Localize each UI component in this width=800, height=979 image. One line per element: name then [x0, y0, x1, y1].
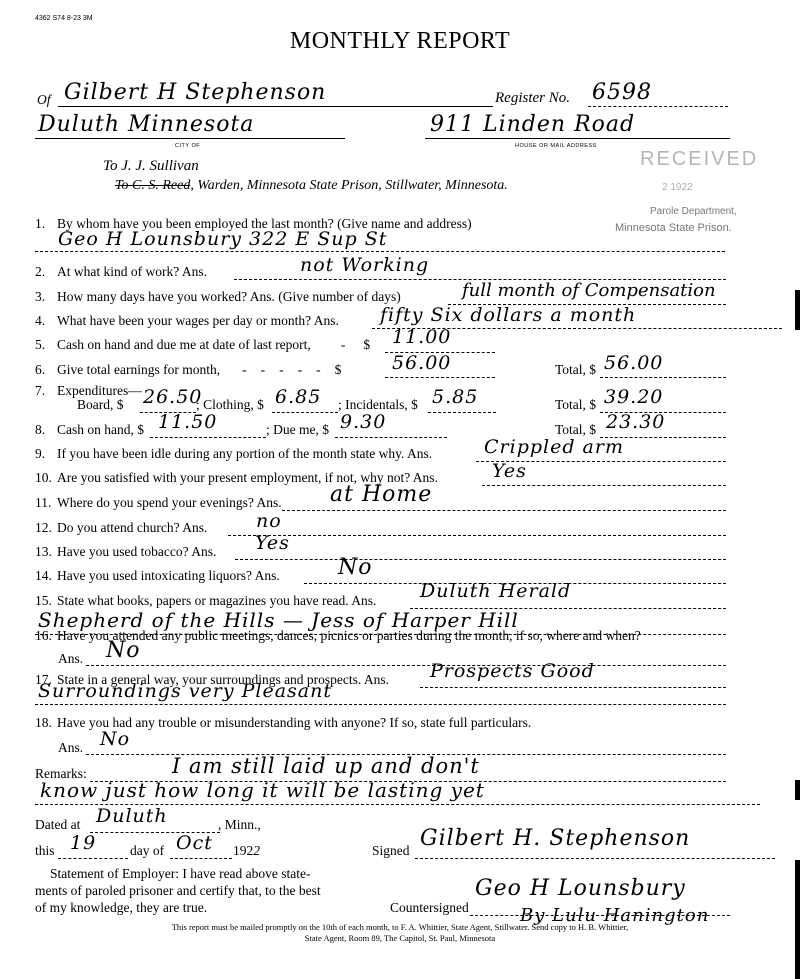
dated-state: , Minn.,	[218, 817, 261, 833]
register-label: Register No.	[495, 90, 570, 107]
answer-14: No	[338, 555, 373, 580]
to-line: To J. J. Sullivan	[103, 158, 199, 175]
prisoner-signature: Gilbert H. Stephenson	[420, 826, 690, 851]
answer-18-label: Ans.	[58, 740, 83, 756]
answer-18: No	[100, 728, 130, 750]
dated-place: Duluth	[96, 805, 168, 827]
due-value: 9.30	[340, 411, 386, 433]
remarks-text-1: I am still laid up and don't	[172, 754, 480, 778]
employer-statement-3: of my knowledge, they are true.	[35, 900, 207, 916]
warden-line: To C. S. Reed, Warden, Minnesota State P…	[115, 178, 508, 194]
answer-17-line-2	[35, 704, 726, 705]
total-6-label: Total, $	[555, 362, 596, 378]
answer-17-line	[420, 687, 726, 688]
answer-10-line	[482, 485, 726, 486]
page-title: MONTHLY REPORT	[0, 28, 800, 55]
answer-12: no	[256, 510, 282, 532]
question-15: 15.State what books, papers or magazines…	[35, 593, 376, 609]
scan-edge-mark	[795, 860, 800, 979]
of-label: Of	[37, 92, 51, 108]
total-7-value: 39.20	[604, 386, 663, 408]
answer-17-continued: Surroundings very Pleasant	[38, 680, 332, 702]
month-value: Oct	[176, 832, 213, 854]
signature-line	[415, 858, 775, 859]
question-4: 4.What have been your wages per day or m…	[35, 313, 339, 329]
address-caption: HOUSE OR MAIL ADDRESS	[515, 143, 597, 149]
struck-name: To C. S. Reed	[115, 178, 190, 193]
incidentals-value: 5.85	[432, 386, 478, 408]
this-label: this	[35, 843, 55, 859]
answer-2: not Working	[300, 254, 429, 276]
answer-9: Crippled arm	[484, 436, 624, 458]
footer-line-2: State Agent, Room 89, The Capitol, St. P…	[0, 933, 800, 943]
total-8-value: 23.30	[606, 411, 665, 433]
cash-value: 11.50	[158, 411, 217, 433]
total-6-line	[600, 377, 726, 378]
register-number: 6598	[592, 80, 652, 105]
board-value: 26.50	[143, 386, 202, 408]
name-line	[58, 106, 493, 107]
stamp-department: Parole Department,	[650, 206, 737, 217]
received-stamp: RECEIVED	[640, 148, 758, 171]
answer-16: No	[106, 638, 141, 663]
prisoner-name: Gilbert H Stephenson	[64, 80, 326, 105]
answer-1: Geo H Lounsbury 322 E Sup St	[58, 228, 387, 250]
remarks-text-2: know just how long it will be lasting ye…	[40, 778, 485, 802]
board-label: Board, $	[77, 397, 124, 413]
register-line	[588, 106, 728, 107]
scan-edge-mark	[795, 780, 800, 800]
question-9: 9.If you have been idle during any porti…	[35, 446, 432, 462]
address-value: 911 Linden Road	[430, 112, 635, 137]
answer-12-line	[228, 535, 726, 536]
cash-line	[150, 437, 266, 438]
city-line	[35, 138, 345, 139]
answer-11: at Home	[330, 482, 432, 507]
city-caption: CITY OF	[175, 143, 200, 149]
answer-13: Yes	[255, 532, 290, 554]
question-14: 14.Have you used intoxicating liquors? A…	[35, 568, 280, 584]
question-5: 5.Cash on hand and due me at date of las…	[35, 337, 370, 353]
answer-6-line	[385, 377, 495, 378]
incidentals-line	[428, 412, 496, 413]
form-code: 4362 S74 8-23 3M	[35, 15, 93, 22]
question-2: 2.At what kind of work? Ans.	[35, 264, 207, 280]
question-12: 12.Do you attend church? Ans.	[35, 520, 207, 536]
question-6: 6.Give total earnings for month,-----$	[35, 362, 341, 378]
answer-1-line	[35, 251, 725, 252]
employer-statement-1: Statement of Employer: I have read above…	[50, 866, 311, 882]
total-6-value: 56.00	[604, 352, 663, 374]
due-line	[335, 437, 447, 438]
countersigned-name: Geo H Lounsbury	[475, 876, 686, 901]
answer-4: fifty Six dollars a month	[380, 304, 636, 326]
answer-15: Duluth Herald	[420, 580, 571, 602]
answer-10: Yes	[492, 460, 527, 482]
clothing-line	[272, 412, 338, 413]
warden-text: , Warden, Minnesota State Prison, Stillw…	[190, 178, 507, 193]
answer-3: full month of Compensation	[462, 280, 716, 301]
answer-16-line	[86, 665, 726, 666]
city-value: Duluth Minnesota	[38, 112, 254, 137]
answer-16-label: Ans.	[58, 651, 83, 667]
question-8: 8.Cash on hand, $	[35, 422, 144, 438]
question-11: 11.Where do you spend your evenings? Ans…	[35, 495, 282, 511]
countersigned-label: Countersigned	[390, 900, 469, 916]
clothing-value: 6.85	[275, 386, 321, 408]
answer-11-line	[282, 510, 726, 511]
answer-13-line	[235, 559, 726, 560]
day-value: 19	[70, 832, 96, 854]
scan-edge-mark	[795, 290, 800, 330]
day-line	[58, 858, 128, 859]
answer-6: 56.00	[392, 352, 451, 374]
year-label: 1922	[233, 843, 260, 859]
stamp-date: 2 1922	[662, 182, 693, 193]
footer-line-1: This report must be mailed promptly on t…	[0, 922, 800, 932]
month-line	[170, 858, 232, 859]
employer-statement-2: ments of paroled prisoner and certify th…	[35, 883, 321, 899]
stamp-prison: Minnesota State Prison.	[615, 222, 732, 234]
signed-label: Signed	[372, 843, 410, 859]
due-label: ; Due me, $	[266, 422, 329, 438]
answer-17: Prospects Good	[430, 660, 595, 682]
dated-label: Dated at	[35, 817, 80, 833]
question-3: 3.How many days have you worked? Ans. (G…	[35, 289, 401, 305]
answer-5: 11.00	[392, 326, 451, 348]
total-7-label: Total, $	[555, 397, 596, 413]
day-of-label: day of	[130, 843, 164, 859]
question-13: 13.Have you used tobacco? Ans.	[35, 544, 216, 560]
address-line	[425, 138, 730, 139]
